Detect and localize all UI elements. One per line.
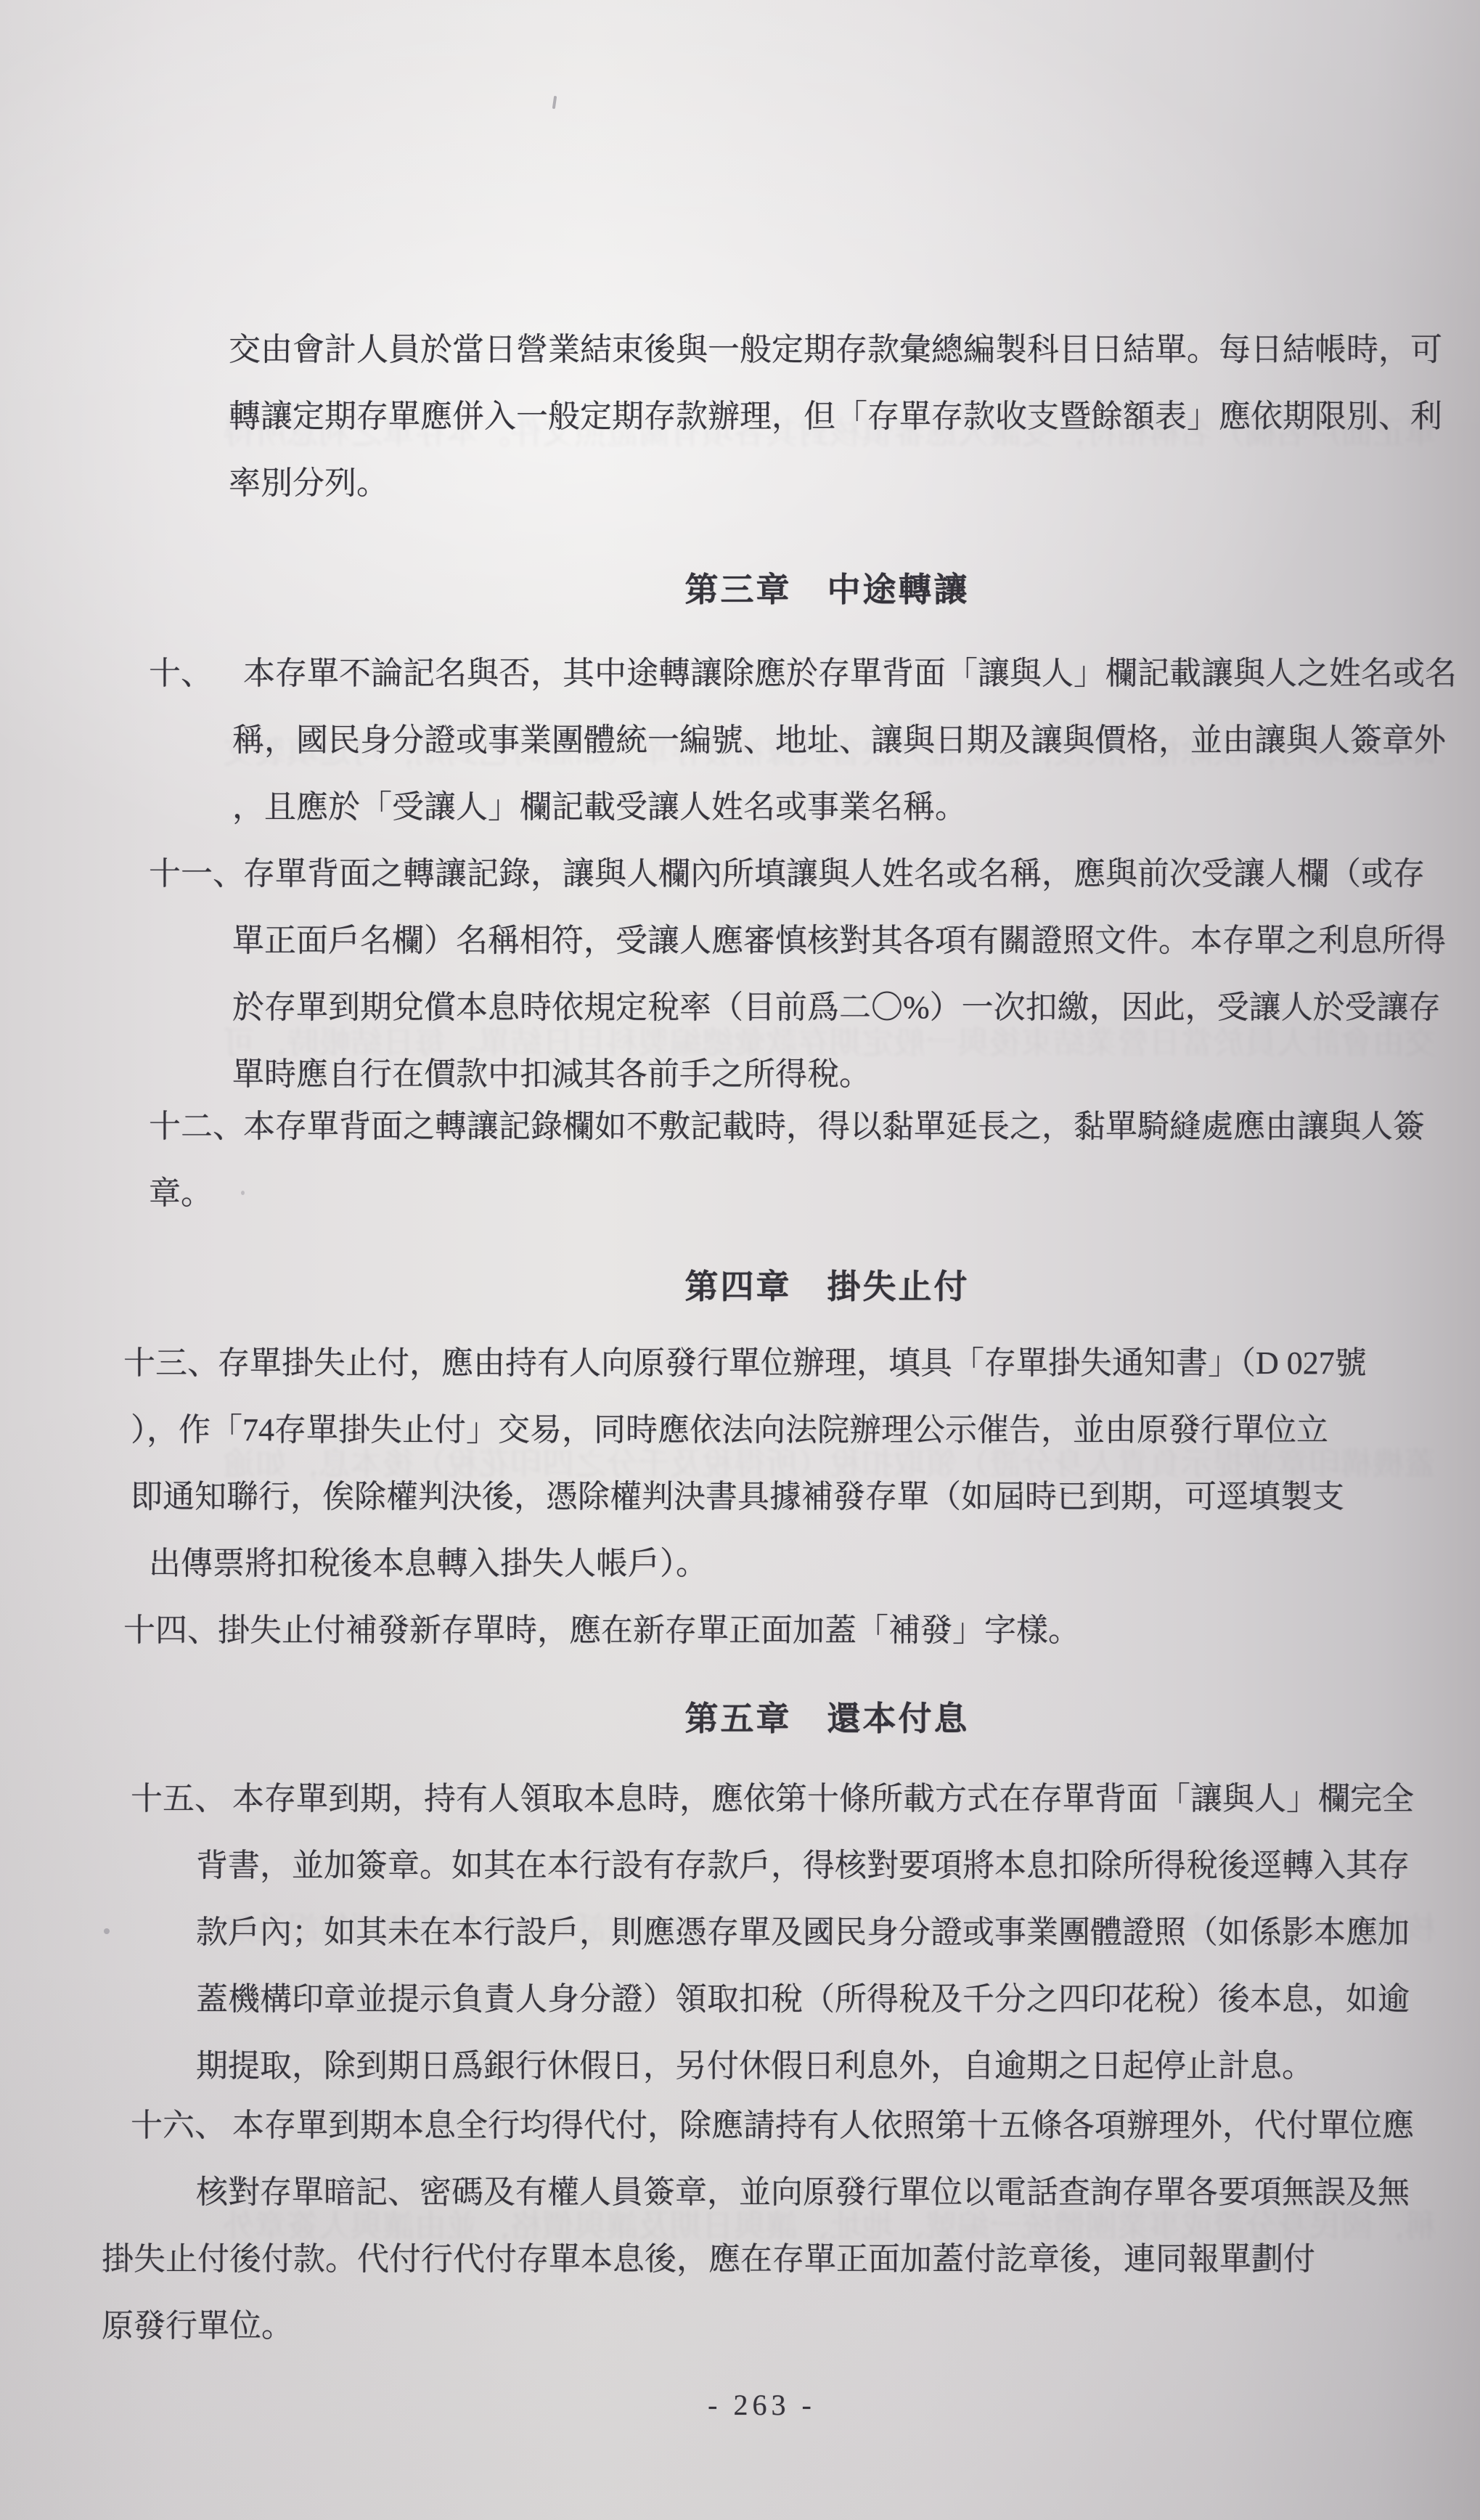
- item-line: ），作「74存單掛失止付」交易，同時應依法向法院辦理公示催告，並由原發行單位立: [131, 1397, 1480, 1464]
- item-line: 章。: [149, 1160, 1480, 1227]
- chapter-heading-5: 第五章 還本付息: [87, 1686, 1480, 1753]
- item-line: 蓋機構印章並提示負責人身分證）領取扣稅（所得稅及千分之四印花稅）後本息，如逾: [196, 1966, 1480, 2033]
- item-text: 本存單到期本息全行均得代付，除應請持有人依照第十五條各項辦理外，代付單位應: [232, 2108, 1414, 2143]
- item-text: 掛失止付補發新存單時，應在新存單正面加蓋「補發」字樣。: [218, 1612, 1080, 1648]
- intro-paragraph: 交由會計人員於當日營業結束後與一般定期存款彙總編製科目日結單。每日結帳時，可 轉…: [0, 317, 1480, 517]
- paragraph-line: 交由會計人員於當日營業結束後與一般定期存款彙總編製科目日結單。每日結帳時，可: [229, 317, 1480, 383]
- item-line: 核對存單暗記、密碼及有權人員簽章，並向原發行單位以電話查詢存單各要項無誤及無: [196, 2159, 1480, 2226]
- chapter-heading-4: 第四章 掛失止付: [87, 1254, 1480, 1321]
- item-line: 出傳票將扣稅後本息轉入掛失人帳戶）。: [149, 1530, 1480, 1597]
- paragraph-line: 轉讓定期存單應併入一般定期存款辦理，但「存單存款收支暨餘額表」應依期限別、利: [229, 383, 1480, 450]
- item-line: 稱，國民身分證或事業團體統一編號、地址、讓與日期及讓與價格，並由讓與人簽章外: [232, 707, 1480, 774]
- item-line: 十四、掛失止付補發新存單時，應在新存單正面加蓋「補發」字樣。: [123, 1597, 1480, 1664]
- page-number: - 263 -: [22, 2372, 1480, 2439]
- item-text: 本存單到期，持有人領取本息時，應依第十條所載方式在存單背面「讓與人」欄完全: [232, 1781, 1414, 1816]
- item-line: 即通知聯行，俟除權判決後，憑除權判決書具據補發存單（如屆時已到期，可逕填製支: [131, 1464, 1480, 1530]
- item-line: 十、本存單不論記名與否，其中途轉讓除應於存單背面「讓與人」欄記載讓與人之姓名或名: [149, 640, 1480, 707]
- item-line: 十三、存單掛失止付，應由持有人向原發行單位辦理，填具「存單掛失通知書」（D 02…: [123, 1330, 1480, 1397]
- item-line: 十二、本存單背面之轉讓記錄欄如不敷記載時，得以黏單延長之，黏單騎縫處應由讓與人簽: [149, 1093, 1480, 1160]
- list-item-14: 十四、掛失止付補發新存單時，應在新存單正面加蓋「補發」字樣。: [0, 1597, 1480, 1664]
- item-line: ，且應於「受讓人」欄記載受讓人姓名或事業名稱。: [232, 774, 1480, 841]
- item-marker: 十五、: [131, 1766, 232, 1832]
- item-text: 本存單不論記名與否，其中途轉讓除應於存單背面「讓與人」欄記載讓與人之姓名或名: [243, 656, 1457, 691]
- item-text: 存單掛失止付，應由持有人向原發行單位辦理，填具「存單掛失通知書」（D 027號: [218, 1345, 1367, 1381]
- list-item-10: 十、本存單不論記名與否，其中途轉讓除應於存單背面「讓與人」欄記載讓與人之姓名或名…: [0, 640, 1480, 841]
- item-marker: 十六、: [131, 2092, 232, 2159]
- item-line: 十六、本存單到期本息全行均得代付，除應請持有人依照第十五條各項辦理外，代付單位應: [131, 2092, 1480, 2159]
- item-line: 十一、存單背面之轉讓記錄，讓與人欄內所填讓與人姓名或名稱，應與前次受讓人欄（或存: [149, 841, 1480, 908]
- item-line: 掛失止付後付款。代付行代付存單本息後，應在存單正面加蓋付訖章後，連同報單劃付: [102, 2226, 1480, 2293]
- item-text: 存單背面之轉讓記錄，讓與人欄內所填讓與人姓名或名稱，應與前次受讓人欄（或存: [243, 856, 1425, 892]
- item-marker: 十四、: [123, 1597, 218, 1664]
- paragraph-line: 率別分列。: [229, 450, 1480, 517]
- item-line: 於存單到期兌償本息時依規定稅率（目前爲二〇%）一次扣繳，因此，受讓人於受讓存: [232, 974, 1480, 1041]
- list-item-12: 十二、本存單背面之轉讓記錄欄如不敷記載時，得以黏單延長之，黏單騎縫處應由讓與人簽…: [0, 1093, 1480, 1227]
- scanned-page: 單正面戶名欄）名稱相符，受讓人應審慎核對其各項有關證照文件。本存單之利息所得 即…: [0, 0, 1480, 2520]
- item-line: 單正面戶名欄）名稱相符，受讓人應審慎核對其各項有關證照文件。本存單之利息所得: [232, 908, 1480, 974]
- item-line: 背書，並加簽章。如其在本行設有存款戶，得核對要項將本息扣除所得稅後逕轉入其存: [196, 1832, 1480, 1899]
- item-text: 本存單背面之轉讓記錄欄如不敷記載時，得以黏單延長之，黏單騎縫處應由讓與人簽: [243, 1109, 1425, 1144]
- item-line: 期提取，除到期日爲銀行休假日，另付休假日利息外，自逾期之日起停止計息。: [196, 2033, 1480, 2100]
- list-item-11: 十一、存單背面之轉讓記錄，讓與人欄內所填讓與人姓名或名稱，應與前次受讓人欄（或存…: [0, 841, 1480, 1108]
- item-marker: 十、: [149, 640, 243, 707]
- chapter-heading-3: 第三章 中途轉讓: [87, 557, 1480, 624]
- document-text: 交由會計人員於當日營業結束後與一般定期存款彙總編製科目日結單。每日結帳時，可 轉…: [0, 0, 1480, 2520]
- item-marker: 十一、: [149, 841, 243, 908]
- item-line: 款戶內；如其未在本行設戶，則應憑存單及國民身分證或事業團體證照（如係影本應加: [196, 1899, 1480, 1966]
- list-item-15: 十五、本存單到期，持有人領取本息時，應依第十條所載方式在存單背面「讓與人」欄完全…: [0, 1766, 1480, 2100]
- list-item-16: 十六、本存單到期本息全行均得代付，除應請持有人依照第十五條各項辦理外，代付單位應…: [0, 2092, 1480, 2360]
- item-marker: 十二、: [149, 1093, 243, 1160]
- item-marker: 十三、: [123, 1330, 218, 1397]
- item-line: 十五、本存單到期，持有人領取本息時，應依第十條所載方式在存單背面「讓與人」欄完全: [131, 1766, 1480, 1832]
- item-line: 原發行單位。: [102, 2293, 1480, 2360]
- list-item-13: 十三、存單掛失止付，應由持有人向原發行單位辦理，填具「存單掛失通知書」（D 02…: [0, 1330, 1480, 1597]
